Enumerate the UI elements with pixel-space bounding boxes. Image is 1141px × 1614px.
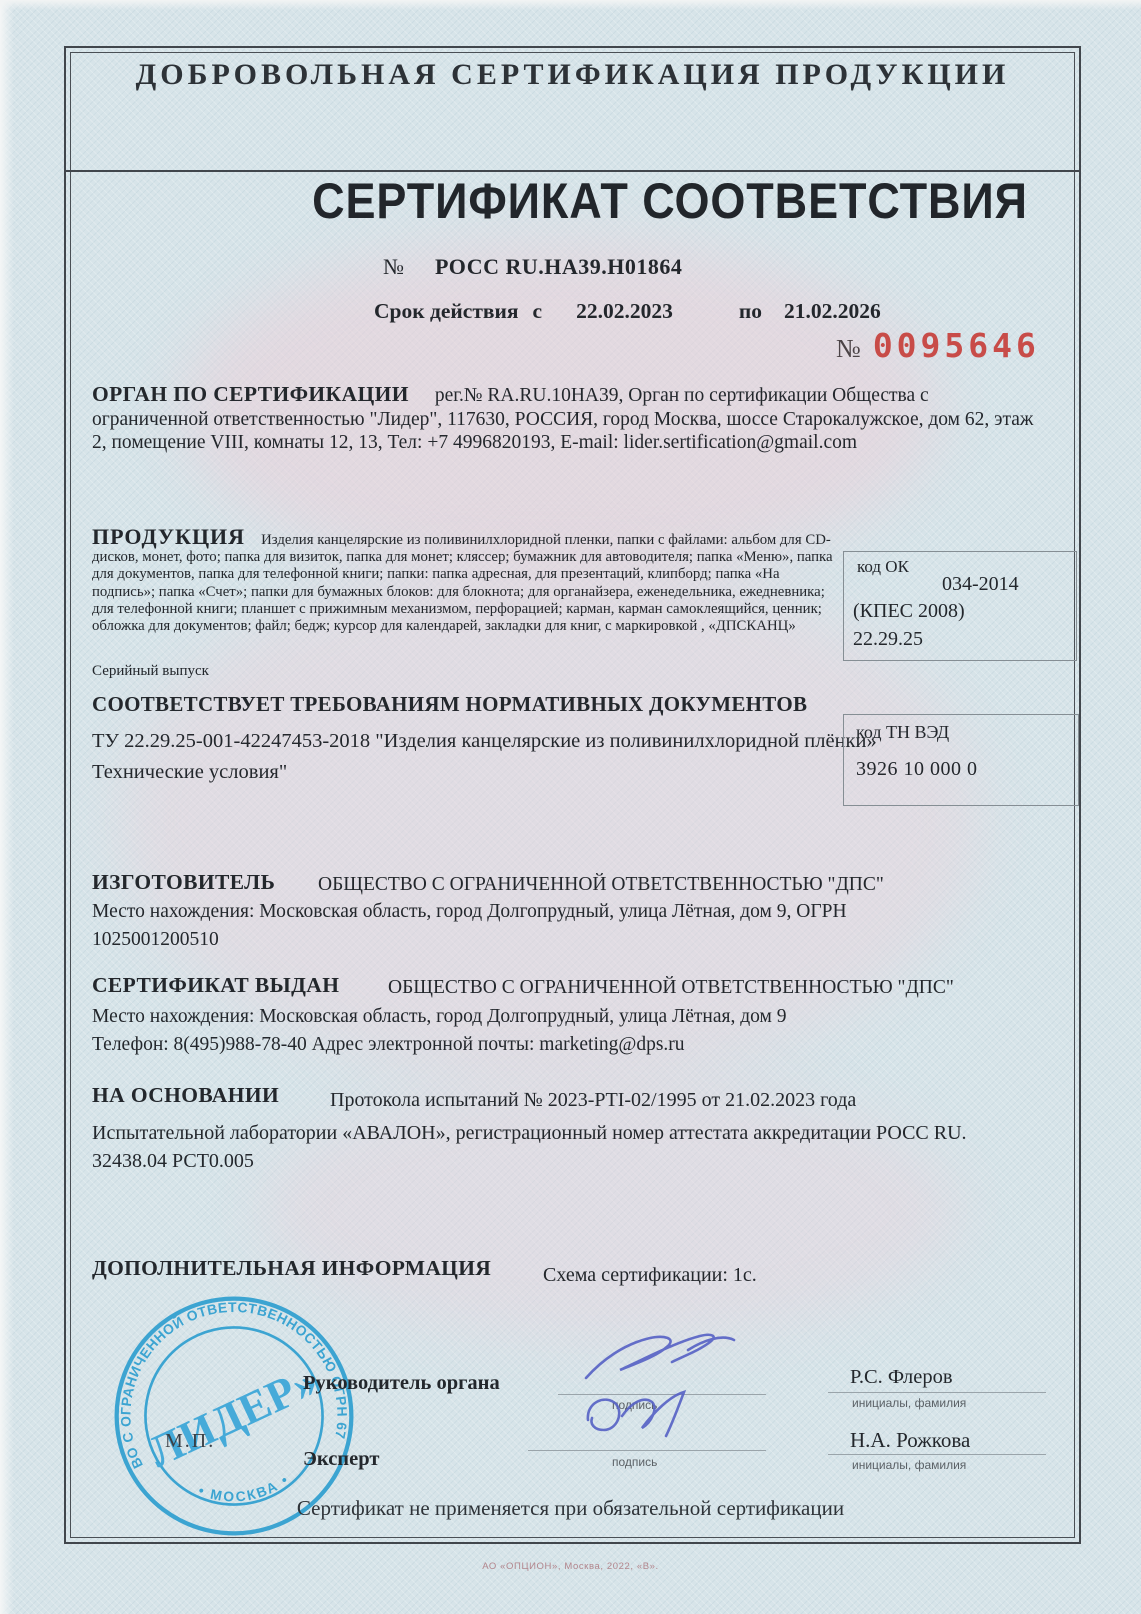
compliance-label: СООТВЕТСТВУЕТ ТРЕБОВАНИЯМ НОРМАТИВНЫХ ДО… [92,692,807,717]
name-caption: инициалы, фамилия [852,1396,966,1410]
issued-to-name: ОБЩЕСТВО С ОГРАНИЧЕННОЙ ОТВЕТСТВЕННОСТЬЮ… [388,977,954,999]
footnote: Сертификат не применяется при обязательн… [0,1496,1141,1521]
blank-number-row: № 0095646 [836,329,1040,364]
scan-edge [0,0,1141,10]
validity-from-date: 22.02.2023 [576,299,673,323]
basis-protocol: Протокола испытаний № 2023-PTI-02/1995 о… [330,1089,856,1112]
name-line [828,1392,1046,1393]
certification-body-label: ОРГАН ПО СЕРТИФИКАЦИИ [92,382,409,406]
serial-note: Серийный выпуск [92,663,209,680]
certificate-number-row: №РОСС RU.НА39.Н01864 [383,254,682,280]
basis-label: НА ОСНОВАНИИ [92,1083,279,1108]
signature-line [528,1450,766,1451]
additional-info-label: ДОПОЛНИТЕЛЬНАЯ ИНФОРМАЦИЯ [92,1256,491,1281]
basis-laboratory: Испытательной лаборатории «АВАЛОН», реги… [92,1119,1046,1175]
manufacturer-address: Место нахождения: Московская область, го… [92,901,1044,923]
expert-signature [578,1384,728,1450]
validity-row: Срок действияс22.02.2023по21.02.2026 [374,299,881,324]
certification-body-block: ОРГАН ПО СЕРТИФИКАЦИИрег.№ RA.RU.10НА39,… [92,383,1038,455]
issued-to-address: Место нахождения: Московская область, го… [92,1006,787,1028]
number-sign: № [836,334,861,364]
compliance-text: ТУ 22.29.25-001-42247453-2018 "Изделия к… [92,726,882,788]
mp-label: М.П. [165,1430,215,1453]
tnved-code-box: код ТН ВЭД 3926 10 000 0 [843,714,1079,806]
stamp-center-text: ЛИДЕР» [141,1356,325,1477]
ok-code-value: 034-2014 [942,573,1019,596]
ok-code-label: код ОК [857,557,909,577]
band-title: ДОБРОВОЛЬНАЯ СЕРТИФИКАЦИЯ ПРОДУКЦИИ [80,58,1065,92]
manufacturer-label: ИЗГОТОВИТЕЛЬ [92,870,275,895]
manufacturer-ogrn: 1025001200510 [92,929,219,951]
product-label: ПРОДУКЦИЯ [92,524,245,549]
signatory-name-expert: Н.А. Рожкова [850,1428,970,1453]
signature-caption: подпись [612,1455,657,1469]
ok-code-value: (КПЕС 2008) [853,600,965,623]
validity-from-label: с [533,299,543,323]
certificate-page: ДОБРОВОЛЬНАЯ СЕРТИФИКАЦИЯ ПРОДУКЦИИ СЕРТ… [0,0,1141,1614]
additional-info-text: Схема сертификации: 1с. [543,1264,757,1287]
number-sign: № [383,254,405,279]
scan-edge [0,0,14,1614]
document-title: СЕРТИФИКАТ СООТВЕТСТВИЯ [292,172,1048,230]
name-line [828,1454,1046,1455]
issued-to-contacts: Телефон: 8(495)988-78-40 Адрес электронн… [92,1034,685,1056]
product-block: ПРОДУКЦИЯИзделия канцелярские из поливин… [92,528,844,635]
ok-code-box: код ОК 034-2014 (КПЕС 2008) 22.29.25 [843,551,1077,661]
validity-to-label: по [739,299,762,323]
ok-code-value: 22.29.25 [853,628,923,651]
printer-imprint: АО «ОПЦИОН», Москва, 2022, «В». [0,1561,1141,1572]
tnved-label: код ТН ВЭД [856,722,949,743]
blank-number: 0095646 [873,329,1040,362]
manufacturer-name: ОБЩЕСТВО С ОГРАНИЧЕННОЙ ОТВЕТСТВЕННОСТЬЮ… [318,874,884,896]
name-caption: инициалы, фамилия [852,1458,966,1472]
validity-to-date: 21.02.2026 [784,299,881,323]
tnved-value: 3926 10 000 0 [856,758,978,781]
signature-role-expert: Эксперт [303,1448,379,1471]
issued-to-label: СЕРТИФИКАТ ВЫДАН [92,973,339,998]
signatory-name-head: Р.С. Флеров [850,1366,953,1389]
signature-role-head: Руководитель органа [303,1372,500,1395]
certificate-number: РОСС RU.НА39.Н01864 [435,254,682,279]
validity-label: Срок действия [374,299,519,323]
